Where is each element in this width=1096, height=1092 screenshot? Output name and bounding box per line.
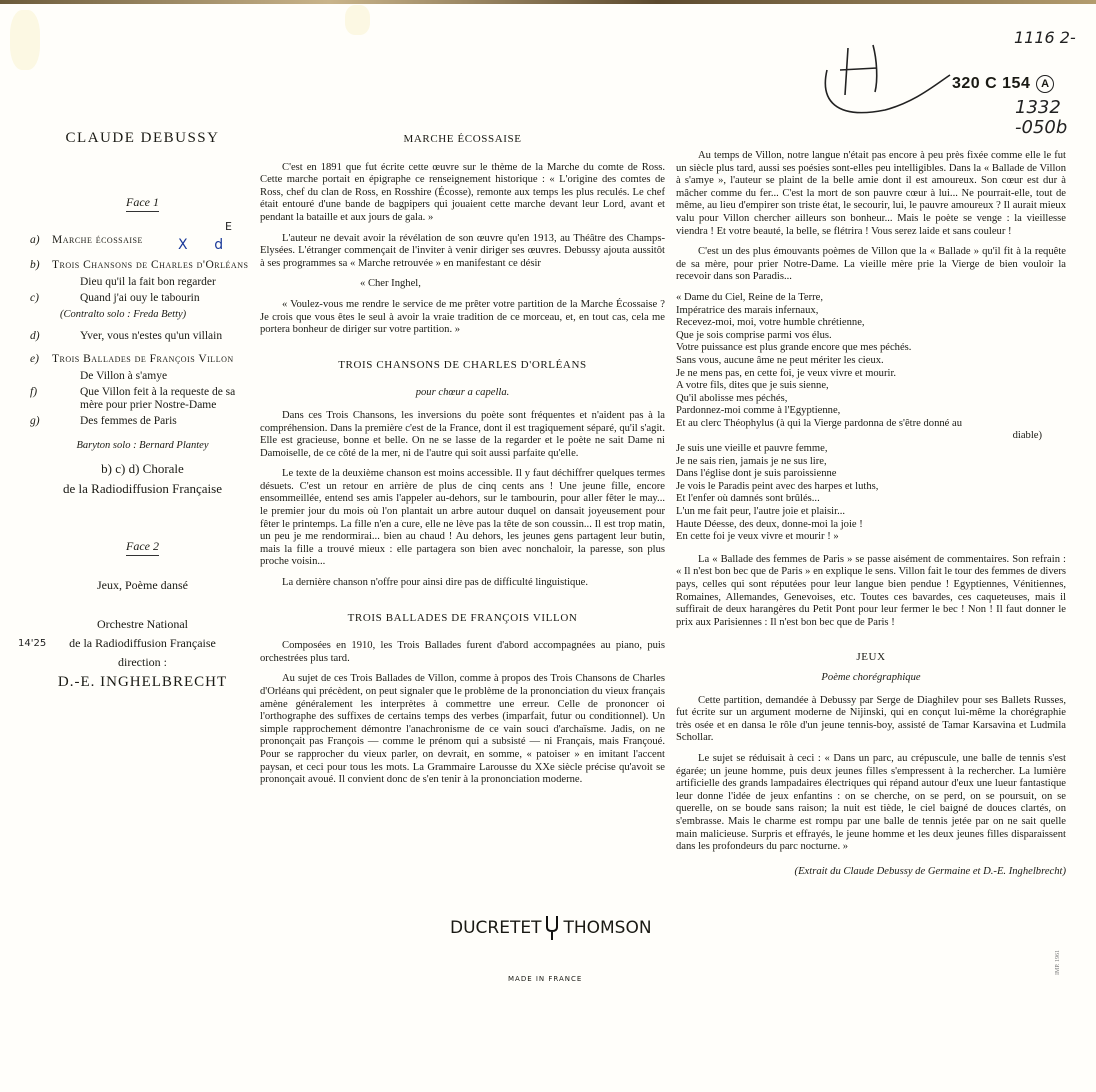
paragraph: Au temps de Villon, notre langue n'était… xyxy=(676,150,1066,238)
subitem-title: Des femmes de Paris xyxy=(80,415,177,428)
track-letter: b) xyxy=(30,259,52,272)
verse-line: Je ne sais rien, jamais je ne sus lire, xyxy=(676,456,1066,469)
handwritten-note-top: 1116 2- xyxy=(1014,28,1076,47)
track-title: Trois Ballades de François Villon xyxy=(52,353,234,366)
conductor-name: D.-E. INGHELBRECHT xyxy=(30,674,255,691)
track-subitem: g)Des femmes de Paris xyxy=(30,415,255,428)
section-title-chansons: TROIS CHANSONS DE CHARLES D'ORLÉANS xyxy=(260,359,665,372)
sleeve-top-edge xyxy=(0,0,1096,4)
source-credit: (Extrait du Claude Debussy de Germaine e… xyxy=(676,866,1066,879)
subitem-letter xyxy=(30,276,80,289)
tuning-fork-icon xyxy=(545,915,559,941)
paragraph: La dernière chanson n'offre pour ainsi d… xyxy=(260,577,665,590)
verse-line: Sans vous, aucune âme ne peut mériter le… xyxy=(676,355,1066,368)
paragraph: Au sujet de ces Trois Ballades de Villon… xyxy=(260,673,665,786)
track-subitem: f)Que Villon feit à la requeste de sa mè… xyxy=(30,386,255,412)
notes-column-middle: MARCHE ÉCOSSAISE C'est en 1891 que fut é… xyxy=(260,133,665,795)
baritone-solo: Baryton solo : Bernard Plantey xyxy=(30,440,255,451)
verse-line: Recevez-moi, moi, votre humble chrétienn… xyxy=(676,317,1066,330)
track-listing: CLAUDE DEBUSSY Face 1 a) Marche écossais… xyxy=(30,130,255,691)
track-subitem: Dieu qu'il la fait bon regarder xyxy=(30,276,255,289)
printer-mark: IMP. 1961 xyxy=(1055,950,1061,975)
paragraph: C'est un des plus émouvants poèmes de Vi… xyxy=(676,246,1066,284)
catalog-number-text: 320 C 154 xyxy=(952,75,1030,92)
verse-line: Qu'il abolisse mes péchés, xyxy=(676,393,1066,406)
paragraph: Le texte de la deuxième chanson est moin… xyxy=(260,468,665,569)
paragraph: Composées en 1910, les Trois Ballades fu… xyxy=(260,640,665,665)
paragraph: Dans ces Trois Chansons, les inversions … xyxy=(260,410,665,460)
handwritten-h-mark-icon xyxy=(815,40,955,120)
verse-line: « Dame du Ciel, Reine de la Terre, xyxy=(676,292,1066,305)
orchestra-line-1: Orchestre National xyxy=(30,617,255,632)
handwritten-code-line: -050b xyxy=(1015,118,1067,138)
face-2-work: Jeux, Poème dansé xyxy=(30,578,255,593)
subitem-letter: g) xyxy=(30,415,80,428)
verse-line: Et l'enfer où damnés sont brûlés... xyxy=(676,493,1066,506)
paragraph: Cette partition, demandée à Debussy par … xyxy=(676,695,1066,745)
verse-line: A votre fils, dites que je suis sienne, xyxy=(676,380,1066,393)
notes-column-right: Au temps de Villon, notre langue n'était… xyxy=(676,150,1066,886)
track-subitem: De Villon à s'amye xyxy=(30,370,255,383)
verse-line: En cette foi je veux vivre et mourir ! » xyxy=(676,531,1066,544)
paragraph: L'auteur ne devait avoir la révélation d… xyxy=(260,233,665,271)
face-2-heading: Face 2 xyxy=(30,539,255,554)
verse-line: Votre puissance est plus grande encore q… xyxy=(676,342,1066,355)
verse-line: Haute Déesse, des deux, donne-moi la joi… xyxy=(676,519,1066,532)
subitem-title: De Villon à s'amye xyxy=(80,370,167,383)
orchestra-line-2: de la Radiodiffusion Française xyxy=(30,636,255,651)
track-subitem: c)Quand j'ai ouy le tabourin xyxy=(30,292,255,305)
subitem-letter: c) xyxy=(30,292,80,305)
face-2-label: Face 2 xyxy=(126,539,159,556)
verse-line: Je suis une vieille et pauvre femme, xyxy=(676,443,1066,456)
subitem-title: Que Villon feit à la requeste de sa mère… xyxy=(80,386,255,412)
brand-right: THOMSON xyxy=(563,918,651,938)
contralto-solo: (Contralto solo : Freda Betty) xyxy=(30,308,255,321)
label-logo: DUCRETET THOMSON xyxy=(450,915,652,941)
section-subtitle-jeux: Poème chorégraphique xyxy=(676,672,1066,685)
paper-stain xyxy=(345,5,370,35)
track-item: e) Trois Ballades de François Villon xyxy=(30,353,255,366)
verse-line: diable) xyxy=(676,430,1066,443)
verse-line: L'un me fait peur, l'autre joie et plais… xyxy=(676,506,1066,519)
track-title: Trois Chansons de Charles d'Orléans xyxy=(52,259,248,272)
paragraph: C'est en 1891 que fut écrite cette œuvre… xyxy=(260,162,665,225)
subitem-letter: f) xyxy=(30,386,80,412)
track-letter: e) xyxy=(30,353,52,366)
face-1-label: Face 1 xyxy=(126,195,159,212)
paragraph: Le sujet se réduisait à ceci : « Dans un… xyxy=(676,753,1066,854)
section-title-jeux: JEUX xyxy=(676,651,1066,664)
handwritten-duration: 14'25 xyxy=(18,638,46,649)
section-subtitle-chansons: pour chœur a capella. xyxy=(260,387,665,400)
track-title: Yver, vous n'estes qu'un villain xyxy=(52,330,222,343)
prayer-verse: « Dame du Ciel, Reine de la Terre,Impéra… xyxy=(676,292,1066,544)
verse-line: Que je sois comprise parmi vos élus. xyxy=(676,330,1066,343)
verse-line: Je ne mens pas, en cette foi, je veux vi… xyxy=(676,368,1066,381)
verse-line: Et au clerc Théophylus (à qui la Vierge … xyxy=(676,418,1066,431)
paragraph: « Voulez-vous me rendre le service de me… xyxy=(260,299,665,337)
handwritten-code-line: 1332 xyxy=(1015,98,1067,118)
composer-name: CLAUDE DEBUSSY xyxy=(30,130,255,147)
direction-label: direction : xyxy=(30,655,255,670)
chorale-line-2: de la Radiodiffusion Française xyxy=(30,481,255,497)
verse-line: Impératrice des marais infernaux, xyxy=(676,305,1066,318)
subitem-title: Quand j'ai ouy le tabourin xyxy=(80,292,200,305)
section-title-marche: MARCHE ÉCOSSAISE xyxy=(260,133,665,146)
handwritten-e-mark: E xyxy=(225,220,232,233)
subitem-letter xyxy=(30,370,80,383)
catalog-badge: A xyxy=(1036,75,1054,93)
brand-left: DUCRETET xyxy=(450,918,541,938)
section-title-ballades: TROIS BALLADES DE FRANÇOIS VILLON xyxy=(260,612,665,625)
track-item: b) Trois Chansons de Charles d'Orléans xyxy=(30,259,255,272)
track-letter: a) xyxy=(30,234,52,247)
verse-line: Je vois le Paradis peint avec des harpes… xyxy=(676,481,1066,494)
track-item: d) Yver, vous n'estes qu'un villain xyxy=(30,330,255,343)
track-letter: d) xyxy=(30,330,52,343)
catalog-number: 320 C 154A xyxy=(952,75,1054,93)
handwritten-x-mark: X d xyxy=(178,237,223,253)
verse-line: Dans l'église dont je suis paroissienne xyxy=(676,468,1066,481)
verse-line: Pardonnez-moi comme à l'Egyptienne, xyxy=(676,405,1066,418)
track-title: Marche écossaise xyxy=(52,234,143,247)
chorale-line-1: b) c) d) Chorale xyxy=(30,461,255,477)
made-in-france: MADE IN FRANCE xyxy=(508,975,582,983)
subitem-title: Dieu qu'il la fait bon regarder xyxy=(80,276,216,289)
face-1-heading: Face 1 xyxy=(30,195,255,210)
paper-stain xyxy=(10,10,40,70)
paragraph: La « Ballade des femmes de Paris » se pa… xyxy=(676,554,1066,630)
letter-salutation: « Cher Inghel, xyxy=(260,278,665,291)
handwritten-code: 1332 -050b xyxy=(1015,98,1067,138)
